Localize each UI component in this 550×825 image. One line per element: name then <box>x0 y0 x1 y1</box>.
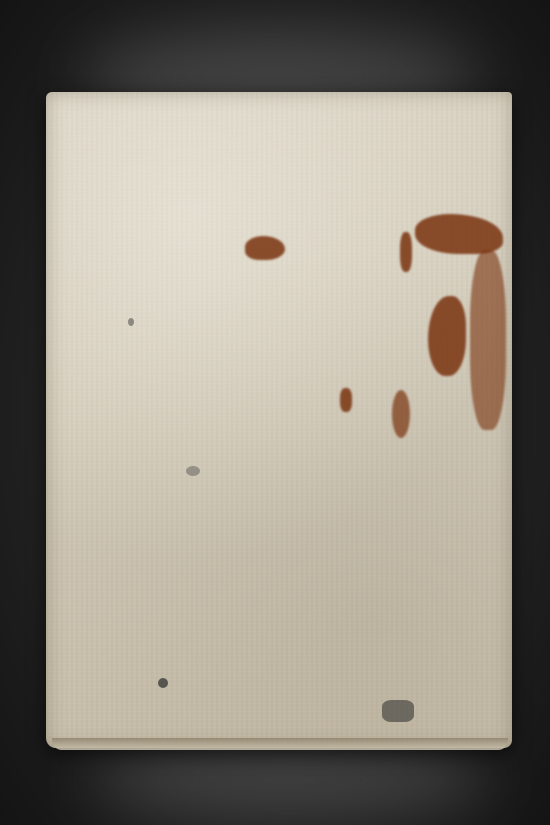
dark-speck <box>186 466 200 476</box>
stain-right-mid <box>428 296 466 376</box>
dark-speck <box>158 678 168 688</box>
smoke-bottom <box>90 740 490 820</box>
stain-right-edge <box>470 250 506 430</box>
dark-mark-bottom <box>382 700 414 722</box>
tablet-bottom-edge <box>52 738 508 750</box>
stain-right-drip-2 <box>392 390 410 438</box>
dark-speck <box>128 318 134 326</box>
stain-left-drop <box>245 236 285 260</box>
stain-small-drop <box>340 388 352 412</box>
stain-right-drip-1 <box>400 232 412 272</box>
stone-tablet <box>46 92 512 748</box>
